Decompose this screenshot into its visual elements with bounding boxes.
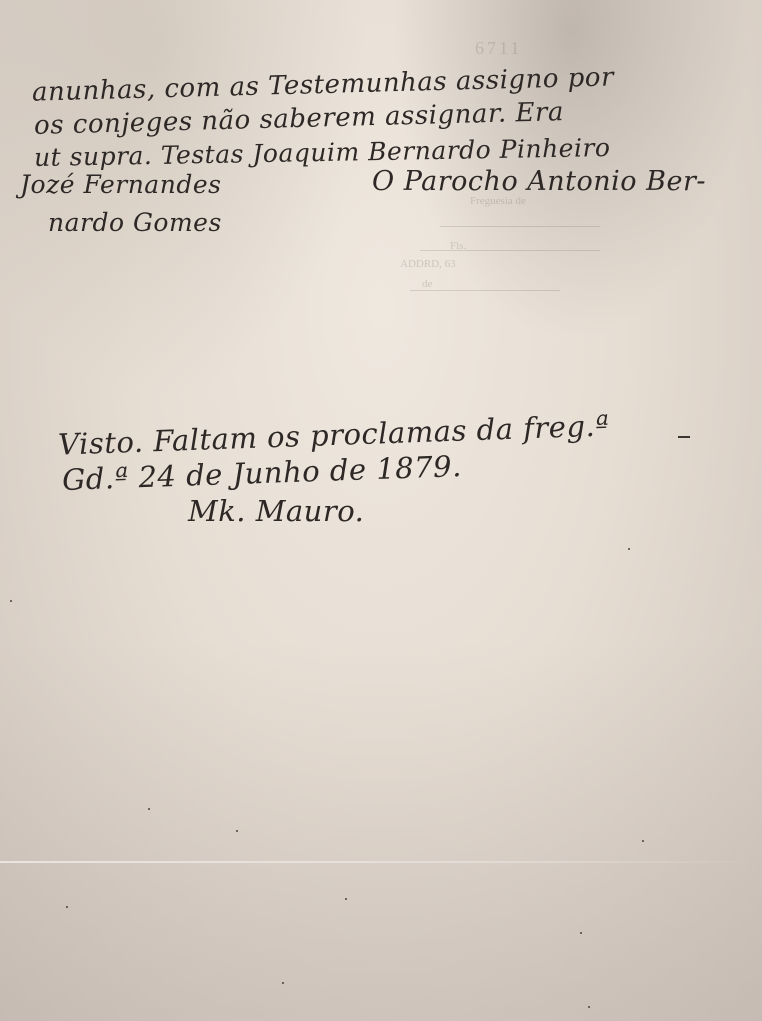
ink-mark bbox=[678, 436, 690, 438]
paper-speck bbox=[588, 1006, 590, 1008]
paper-speck bbox=[10, 600, 12, 602]
paper-speck bbox=[148, 808, 150, 810]
witness-signature: Jozé Fernandes bbox=[20, 170, 221, 199]
paper-shading bbox=[0, 641, 762, 1021]
paper-speck bbox=[628, 548, 630, 550]
paper-speck bbox=[642, 840, 644, 842]
paper-speck bbox=[282, 982, 284, 984]
faded-stamp-line: de bbox=[422, 278, 432, 290]
stamp-rule bbox=[410, 290, 560, 291]
parish-priest-signature: O Parocho Antonio Ber- bbox=[372, 166, 706, 197]
paper-speck bbox=[236, 830, 238, 832]
paper-speck bbox=[580, 932, 582, 934]
parish-priest-signature-cont: nardo Gomes bbox=[48, 208, 222, 237]
faded-stamp-line: ADDRD, 63 bbox=[400, 258, 456, 270]
annotation-signature: Mk. Mauro. bbox=[188, 494, 364, 528]
stamp-rule bbox=[440, 226, 600, 227]
paper-fold-line bbox=[0, 861, 762, 863]
document-page: 6711 Freguesia de Fls. ADDRD, 63 de anun… bbox=[0, 0, 762, 1021]
paper-speck bbox=[66, 906, 68, 908]
stamp-rule bbox=[420, 250, 600, 251]
paper-speck bbox=[345, 898, 347, 900]
faded-stamp-number: 6711 bbox=[475, 38, 522, 59]
